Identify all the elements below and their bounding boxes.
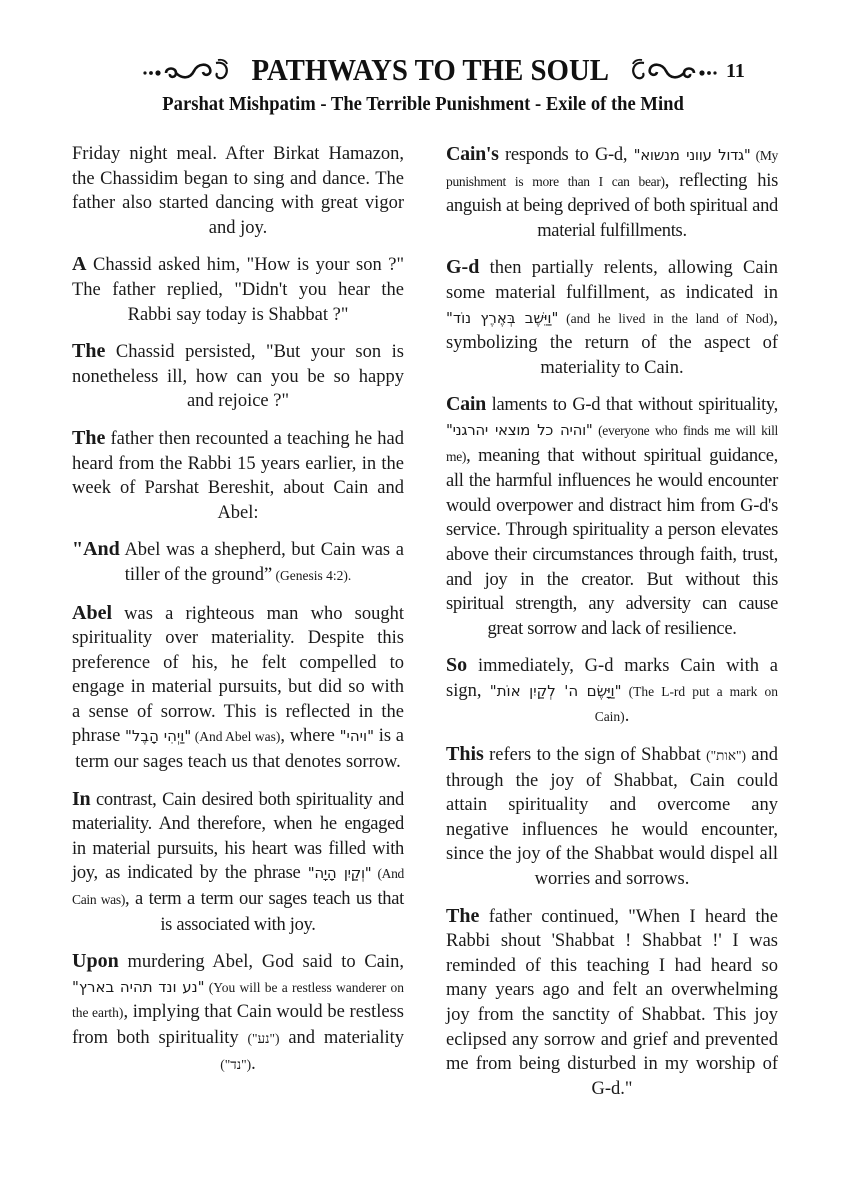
paragraph-text: Abel was a shepherd, but Cain was a till… (120, 540, 404, 585)
paragraph-text: and materiality (280, 1028, 404, 1048)
paragraph: The father then recounted a teaching he … (72, 426, 404, 525)
left-column: Friday night meal. After Birkat Hamazon,… (72, 142, 404, 1089)
paragraph-text: laments to G-d that without spirituality… (486, 395, 778, 415)
flourish-left-icon (142, 55, 234, 85)
paragraph-text: refers to the sign of Shabbat (484, 745, 706, 765)
right-column: Cain's responds to G-d, "גדול עווני מנשו… (446, 142, 778, 1113)
paragraph-text: . (251, 1054, 256, 1074)
hebrew-quote: "ויהי" (340, 727, 374, 745)
translation-gloss: (and he lived in the land of Nod) (558, 311, 773, 326)
lead-word: A (72, 253, 86, 275)
paragraph-text: and through the joy of Shabbat, Cain cou… (446, 745, 778, 889)
paragraph-text: responds to G-d, (499, 145, 634, 165)
lead-word: Upon (72, 950, 119, 972)
translation-gloss: (The L-rd put a mark on Cain) (595, 684, 778, 725)
hebrew-gloss: ("אות") (706, 748, 746, 763)
paragraph: "And Abel was a shepherd, but Cain was a… (72, 537, 404, 588)
lead-word: G-d (446, 256, 479, 278)
lead-word: Abel (72, 602, 112, 624)
paragraph: Cain laments to G-d that without spiritu… (446, 392, 778, 641)
paragraph: G-d then partially relents, allowing Cai… (446, 255, 778, 380)
paragraph: Abel was a righteous man who sought spir… (72, 601, 404, 775)
paragraph-text: , where (280, 726, 339, 746)
chapter-subtitle: Parshat Mishpatim - The Terrible Punishm… (30, 93, 817, 116)
hebrew-quote: "נע ונד תהיה בארץ" (72, 978, 205, 996)
paragraph-text: then partially relents, allowing Cain so… (446, 258, 778, 303)
citation: (Genesis 4:2). (272, 568, 351, 583)
paragraph-text: Friday night meal. After Birkat Hamazon,… (72, 144, 404, 238)
paragraph: This refers to the sign of Shabbat ("אות… (446, 742, 778, 892)
lead-word: "And (72, 538, 120, 560)
lead-word: The (446, 905, 479, 927)
hebrew-quote: "וְקַיִן הָיָה" (308, 864, 372, 882)
paragraph: Cain's responds to G-d, "גדול עווני מנשו… (446, 142, 778, 243)
paragraph: Friday night meal. After Birkat Hamazon,… (72, 142, 404, 240)
lead-word: The (72, 340, 105, 362)
paragraph: Upon murdering Abel, God said to Cain, "… (72, 949, 404, 1077)
paragraph-text: Chassid asked him, "How is your son ?" T… (72, 255, 404, 324)
paragraph-text: Chassid persisted, "But your son is none… (72, 342, 404, 411)
paragraph-text: . (625, 706, 630, 726)
page-title: PATHWAYS TO THE SOUL (251, 52, 609, 88)
paragraph-text: father then recounted a teaching he had … (72, 429, 404, 523)
hebrew-quote: "וַיָּשֶׂם ה' לְקַיִן אוֹת" (490, 682, 622, 700)
lead-word: So (446, 654, 467, 676)
paragraph-text: father continued, "When I heard the Rabb… (446, 907, 778, 1099)
hebrew-quote: "וַיְהִי הָבֶל" (125, 727, 191, 745)
page-number: 11 (726, 60, 745, 83)
lead-word: Cain's (446, 143, 499, 165)
paragraph: The father continued, "When I heard the … (446, 904, 778, 1102)
paragraph-text: , a term a term our sages teach us that … (125, 889, 404, 935)
lead-word: Cain (446, 393, 486, 415)
translation-gloss: (And Abel was) (191, 729, 280, 744)
hebrew-quote: "גדול עווני מנשוא" (634, 146, 751, 164)
hebrew-quote: "והיה כל מוצאי יהרגני" (446, 421, 592, 439)
paragraph-text: murdering Abel, God said to Cain, (119, 952, 404, 972)
hebrew-gloss: ("נד") (220, 1057, 251, 1072)
title-row: PATHWAYS TO THE SOUL (130, 52, 730, 88)
hebrew-quote: "וַיֵּשֶׁב בְּאֶרֶץ נוֹד" (446, 309, 558, 327)
paragraph-text: , meaning that without spiritual guidanc… (446, 446, 778, 639)
lead-word: The (72, 427, 105, 449)
paragraph-text: was a righteous man who sought spiritual… (72, 604, 404, 747)
flourish-right-icon (626, 55, 718, 85)
paragraph: So immediately, G-d marks Cain with a si… (446, 653, 778, 730)
page-header: PATHWAYS TO THE SOUL 11 (0, 50, 846, 90)
paragraph: In contrast, Cain desired both spiritual… (72, 787, 404, 938)
lead-word: In (72, 788, 90, 810)
hebrew-gloss: ("נע") (247, 1031, 279, 1046)
lead-word: This (446, 743, 484, 765)
paragraph: A Chassid asked him, "How is your son ?"… (72, 252, 404, 327)
paragraph: The Chassid persisted, "But your son is … (72, 339, 404, 414)
